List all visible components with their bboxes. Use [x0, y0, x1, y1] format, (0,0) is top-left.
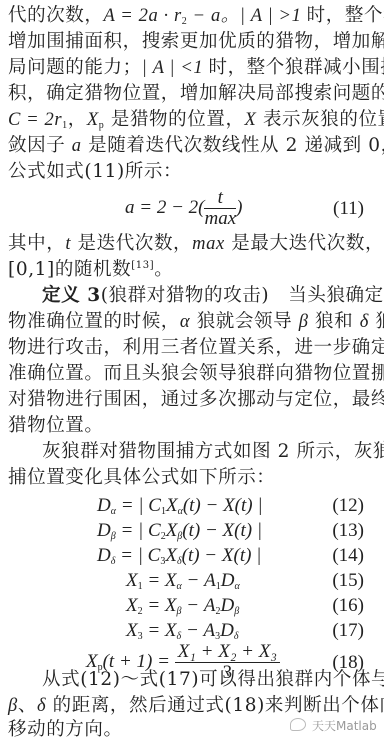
text-line: 代的次数，A = 2a · r2 − a。| A | >1 时，整个狼群	[8, 4, 376, 28]
math-inline: | A | >1	[240, 6, 307, 26]
text-line: 捕位置变化具体公式如下所示：	[8, 466, 376, 490]
equation-body: X1 = Xα − A1Dα	[126, 570, 240, 592]
numerator: t	[204, 188, 236, 209]
text: 从式(12)～式(17)可以得出狼群内个体与	[42, 669, 384, 690]
text-line: C = 2r1，Xp 是猎物的位置，X 表示灰狼的位置，收	[8, 108, 376, 132]
text: 捕位置变化具体公式如下所示：	[8, 467, 275, 488]
text: 物进行攻击，利用三者位置关系，进一步确定猎物	[8, 337, 384, 358]
subscript: p	[99, 120, 105, 131]
text: 是随着迭代次数线性从 2 递减到 0，计算	[88, 135, 384, 156]
text: 狼就会领导	[197, 311, 293, 332]
text: 移动的方向。	[8, 719, 123, 740]
text: 狼对猎	[375, 311, 384, 332]
math-inline: − a。	[187, 6, 239, 26]
text: 局问题的能力；	[8, 57, 142, 78]
watermark: 天天Matlab	[290, 717, 377, 734]
equation-body: a = 2 − 2(tmax)	[125, 188, 242, 229]
text: 准确位置。而且头狼会领导狼群向猎物位置挪动，	[8, 363, 384, 384]
text-line: 其中，t 是迭代次数，max 是最大迭代次数， r2 是	[8, 232, 376, 256]
math-inline: β	[8, 696, 18, 716]
wechat-icon	[290, 718, 306, 731]
text-line: β、δ 的距离，然后通过式(18)来判断出个体向猎物	[8, 694, 376, 718]
equation-number: (11)	[333, 198, 364, 220]
equation-number: (13)	[332, 520, 364, 542]
text: 是迭代次数，	[78, 233, 193, 254]
text: 代的次数，	[8, 5, 104, 26]
text: 。	[154, 259, 173, 280]
equation-body: Dδ = | C3Xδ(t) − X(t) |	[97, 545, 261, 567]
numerator: X₁ + X₂ + X₃	[175, 642, 280, 663]
math-inline: max	[192, 234, 225, 254]
equation-lhs: a = 2 − 2(	[125, 197, 204, 218]
subscript: 1	[62, 120, 68, 131]
math-inline: A = 2a · r	[104, 6, 182, 26]
watermark-text: 天天Matlab	[312, 719, 377, 733]
denominator: max	[204, 209, 236, 229]
text: 敛因子	[8, 135, 65, 156]
text: 表示灰狼的位置，收	[263, 109, 384, 130]
text-line: 公式如式(11)所示：	[8, 160, 376, 184]
equation-number: (15)	[332, 570, 364, 592]
equation-body: Dβ = | C2Xβ(t) − X(t) |	[97, 520, 262, 542]
equation-number: (16)	[332, 595, 364, 617]
math-inline: δ	[37, 696, 46, 716]
math-inline: X	[245, 110, 257, 130]
math-inline: β	[299, 312, 309, 332]
text: 增加围捕面积，搜索更加优质的猎物，增加解决全	[8, 31, 384, 52]
text-line: 对猎物进行围困，通过多次挪动与定位，最终达到	[8, 388, 376, 412]
text-line: 猎物位置。	[8, 414, 376, 438]
math-inline: α	[180, 312, 190, 332]
text: 的距离，然后通过式(18)来判断出个体向猎物	[53, 695, 384, 716]
text: 时，整个狼群减小围捕面	[208, 57, 384, 78]
text: 是最大迭代次数，	[231, 233, 384, 254]
text: 其中，	[8, 233, 65, 254]
equation-number: (14)	[332, 545, 364, 567]
text: 猎物位置。	[8, 415, 104, 436]
equation-body: X3 = Xδ − A3Dδ	[126, 620, 239, 642]
math-inline: C = 2r	[8, 110, 62, 130]
text: [0,1]的随机数	[8, 259, 131, 280]
text: 、	[18, 695, 37, 716]
text-line: 从式(12)～式(17)可以得出狼群内个体与 α、	[42, 668, 376, 692]
text: (狼群对猎物的攻击) 当头狼确定猎	[101, 285, 384, 306]
text-line: 物进行攻击，利用三者位置关系，进一步确定猎物	[8, 336, 376, 360]
definition-heading: 定义 3(狼群对猎物的攻击) 当头狼确定猎	[42, 284, 376, 308]
text: 物准确位置的时候，	[8, 311, 180, 332]
citation-ref[interactable]: [13]	[131, 260, 154, 271]
text-line: 积，确定猎物位置，增加解决局部搜索问题的能力。	[8, 82, 376, 106]
equation-body: X2 = Xβ − A2Dβ	[126, 595, 239, 617]
equation-number: (12)	[332, 495, 364, 517]
math-inline: a	[72, 136, 82, 156]
text: 时，整个狼群	[307, 5, 384, 26]
text: 积，确定猎物位置，增加解决局部搜索问题的能力。	[8, 83, 384, 104]
text-line: 敛因子 a 是随着迭代次数线性从 2 递减到 0，计算	[8, 134, 376, 158]
math-inline: δ	[360, 312, 369, 332]
text-line: 增加围捕面积，搜索更加优质的猎物，增加解决全	[8, 30, 376, 54]
text-line: 物准确位置的时候，α 狼就会领导 β 狼和 δ 狼对猎	[8, 310, 376, 334]
text: 狼和	[315, 311, 353, 332]
text-line: 局问题的能力；| A | <1 时，整个狼群减小围捕面	[8, 56, 376, 80]
text-line: 灰狼群对猎物围捕方式如图 2 所示，灰狼群围	[42, 440, 376, 464]
text-line: 准确位置。而且头狼会领导狼群向猎物位置挪动，	[8, 362, 376, 386]
equation-body: Dα = | C1Xα(t) − X(t) |	[97, 495, 263, 517]
text: 对猎物进行围困，通过多次挪动与定位，最终达到	[8, 389, 384, 410]
math-inline: | A | <1	[142, 58, 209, 78]
math-inline: X	[87, 110, 99, 130]
equation-number: (17)	[332, 620, 364, 642]
text: 灰狼群对猎物围捕方式如图 2 所示，灰狼群围	[42, 441, 384, 462]
text: 公式如式(11)所示：	[8, 161, 182, 182]
equation-rhs: )	[236, 197, 242, 218]
definition-label: 定义 3	[42, 285, 101, 306]
math-inline: t	[65, 234, 71, 254]
equation-11: a = 2 − 2(tmax) (11)	[0, 188, 384, 218]
text-line: [0,1]的随机数[13]。	[8, 258, 376, 282]
text: 是猎物的位置，	[111, 109, 245, 130]
fraction: tmax	[204, 188, 236, 229]
